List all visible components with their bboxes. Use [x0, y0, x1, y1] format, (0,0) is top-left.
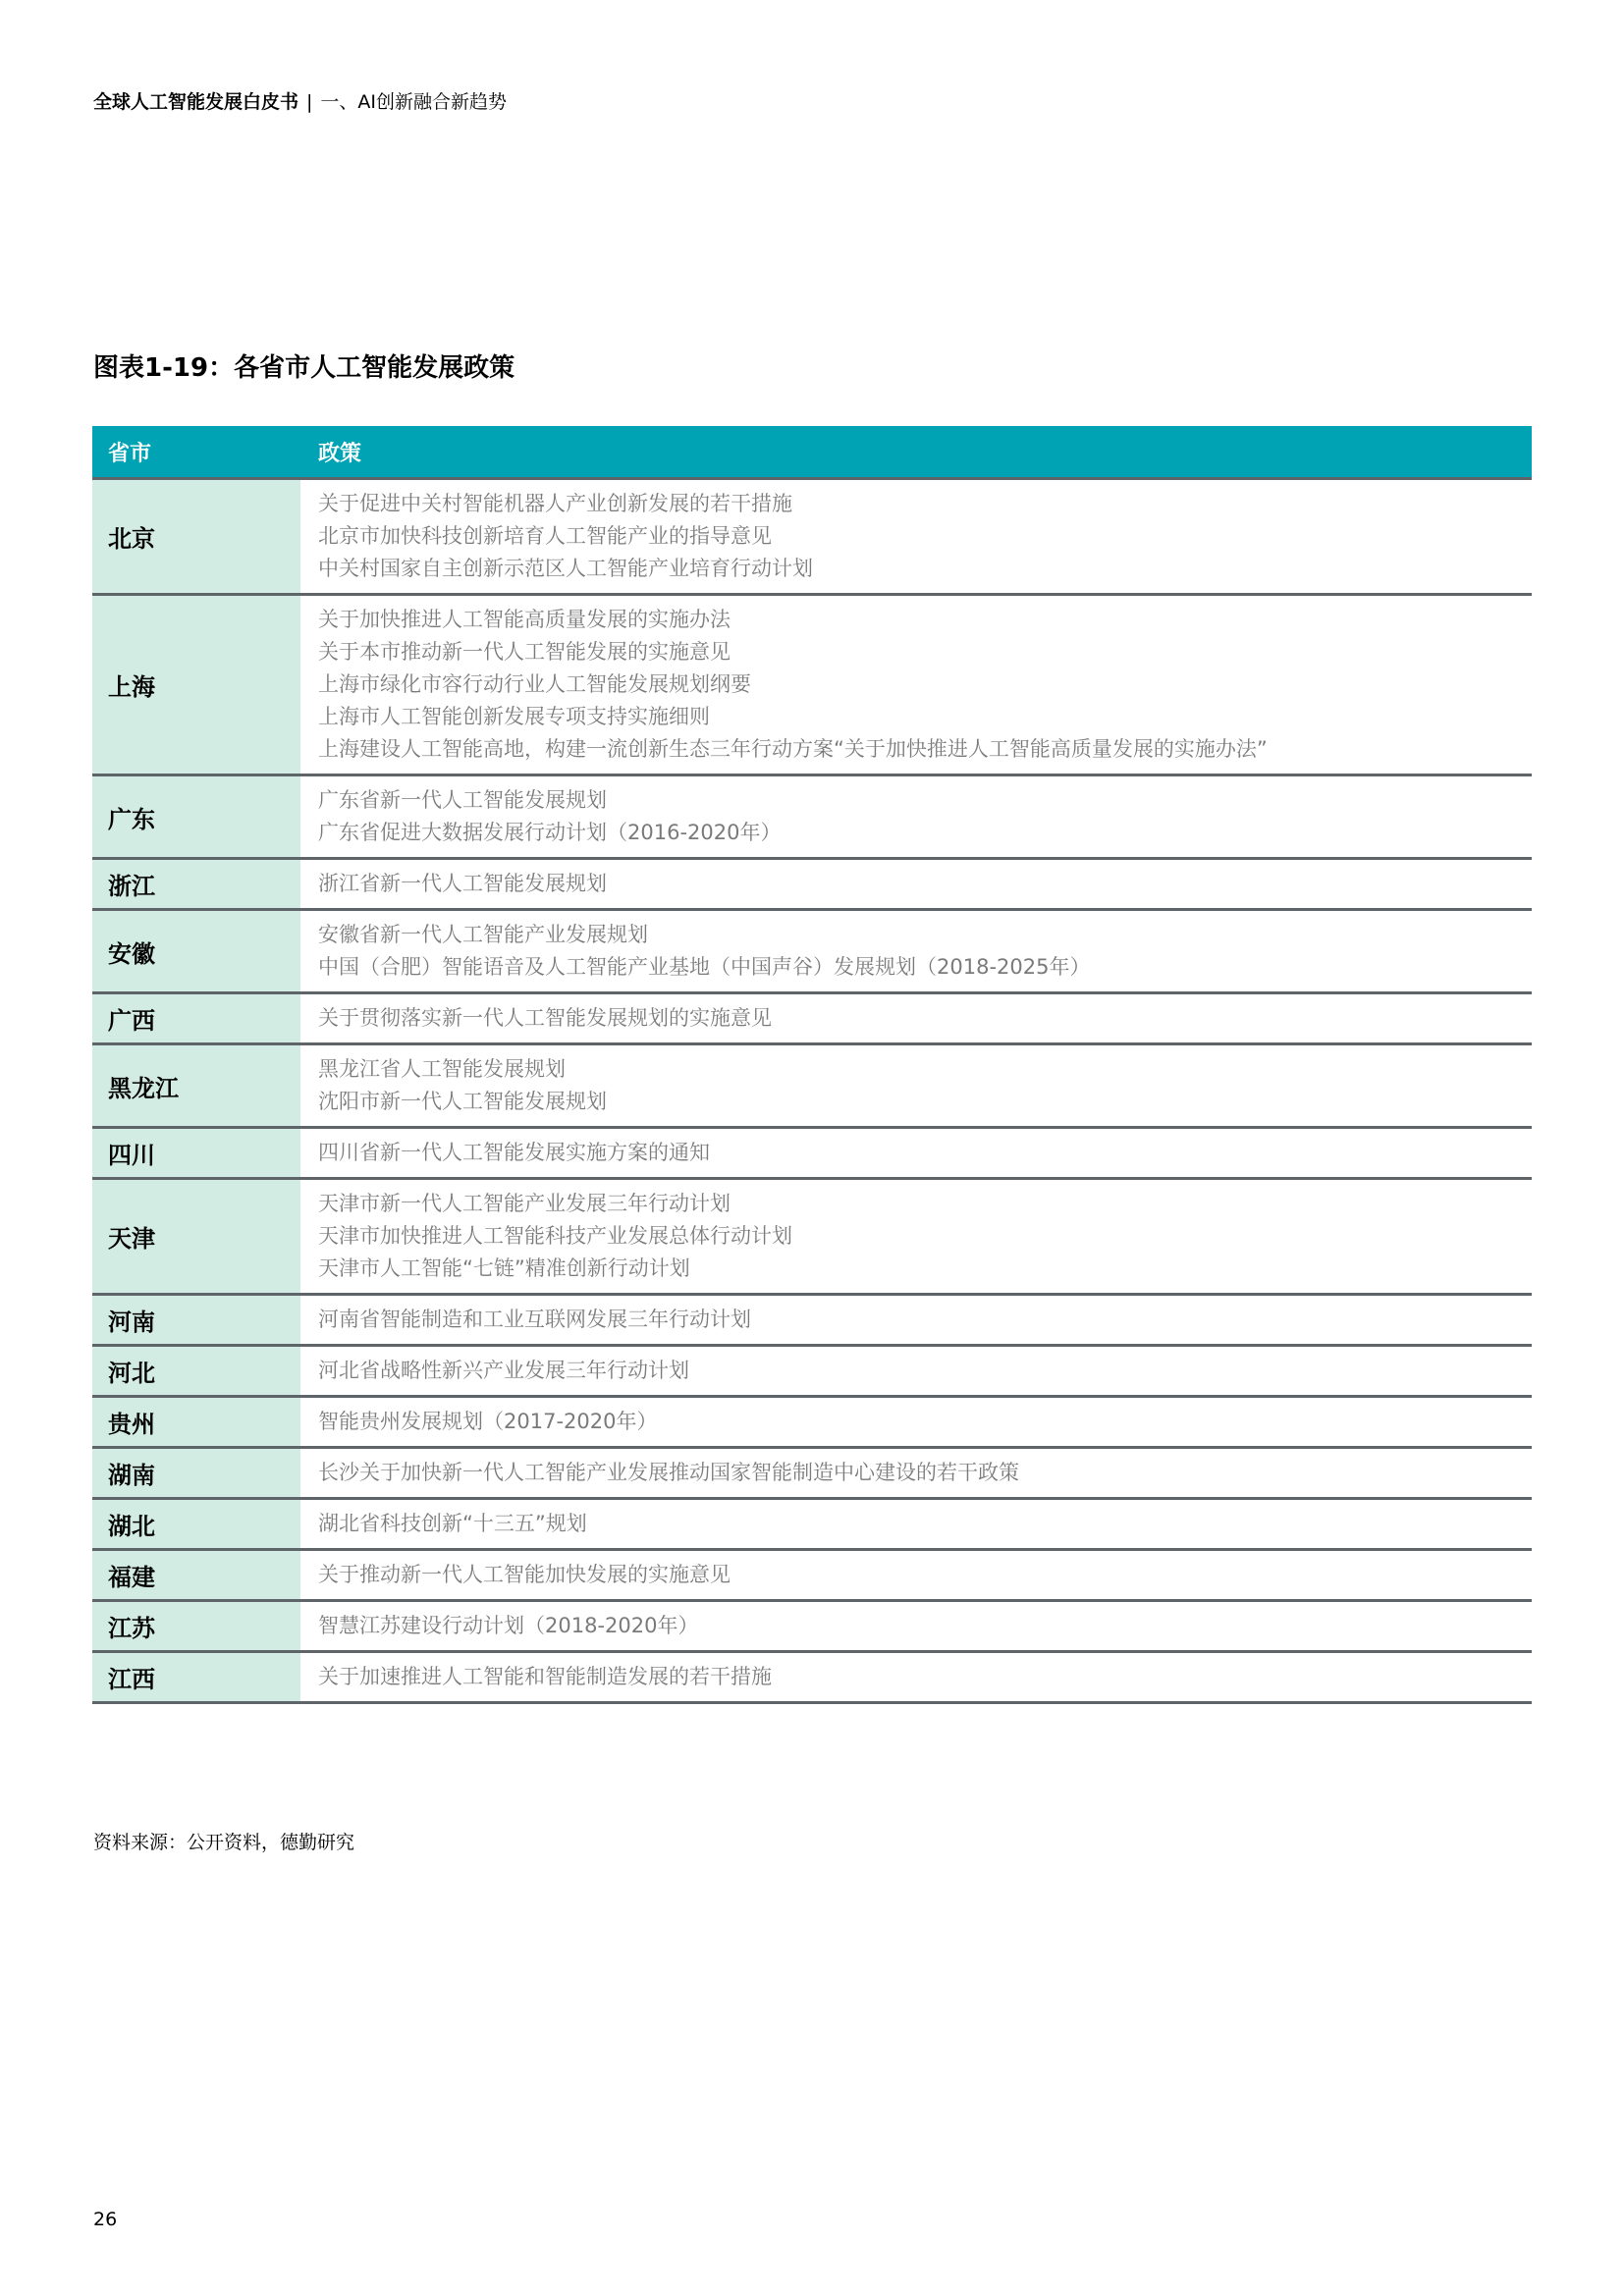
policy-item: 关于本市推动新一代人工智能发展的实施意见 — [318, 636, 1532, 668]
policy-item: 关于贯彻落实新一代人工智能发展规划的实施意见 — [318, 1002, 1532, 1035]
province-cell: 贵州 — [92, 1398, 300, 1446]
policy-item: 中关村国家自主创新示范区人工智能产业培育行动计划 — [318, 553, 1532, 585]
policy-item: 上海建设人工智能高地，构建一流创新生态三年行动方案“关于加快推进人工智能高质量发… — [318, 733, 1532, 766]
policy-item: 河南省智能制造和工业互联网发展三年行动计划 — [318, 1304, 1532, 1336]
policy-item: 天津市新一代人工智能产业发展三年行动计划 — [318, 1188, 1532, 1220]
policies-cell: 关于促进中关村智能机器人产业创新发展的若干措施北京市加快科技创新培育人工智能产业… — [300, 480, 1532, 593]
province-cell: 广东 — [92, 776, 300, 857]
header-separator: | — [306, 91, 312, 113]
province-cell: 湖南 — [92, 1449, 300, 1497]
province-cell: 天津 — [92, 1180, 300, 1293]
province-cell: 上海 — [92, 596, 300, 774]
policies-cell: 智慧江苏建设行动计划（2018-2020年） — [300, 1602, 1532, 1650]
policy-item: 广东省新一代人工智能发展规划 — [318, 784, 1532, 817]
policies-cell: 关于加快推进人工智能高质量发展的实施办法关于本市推动新一代人工智能发展的实施意见… — [300, 596, 1532, 774]
policies-cell: 广东省新一代人工智能发展规划广东省促进大数据发展行动计划（2016-2020年） — [300, 776, 1532, 857]
policy-item: 长沙关于加快新一代人工智能产业发展推动国家智能制造中心建设的若干政策 — [318, 1457, 1532, 1489]
policies-cell: 天津市新一代人工智能产业发展三年行动计划天津市加快推进人工智能科技产业发展总体行… — [300, 1180, 1532, 1293]
policy-item: 天津市人工智能“七链”精准创新行动计划 — [318, 1253, 1532, 1285]
province-cell: 河南 — [92, 1296, 300, 1344]
source-note: 资料来源：公开资料，德勤研究 — [93, 1828, 354, 1854]
column-header-province: 省市 — [92, 437, 300, 467]
policy-item: 关于推动新一代人工智能加快发展的实施意见 — [318, 1559, 1532, 1591]
policy-item: 广东省促进大数据发展行动计划（2016-2020年） — [318, 817, 1532, 849]
table-body: 北京关于促进中关村智能机器人产业创新发展的若干措施北京市加快科技创新培育人工智能… — [92, 480, 1532, 1704]
policy-item: 智慧江苏建设行动计划（2018-2020年） — [318, 1610, 1532, 1642]
policies-cell: 长沙关于加快新一代人工智能产业发展推动国家智能制造中心建设的若干政策 — [300, 1449, 1532, 1497]
table-row: 河南河南省智能制造和工业互联网发展三年行动计划 — [92, 1296, 1532, 1347]
column-header-policy: 政策 — [300, 437, 1532, 467]
province-cell: 四川 — [92, 1129, 300, 1177]
policies-cell: 关于推动新一代人工智能加快发展的实施意见 — [300, 1551, 1532, 1599]
policy-item: 关于加速推进人工智能和智能制造发展的若干措施 — [318, 1661, 1532, 1693]
policy-item: 安徽省新一代人工智能产业发展规划 — [318, 919, 1532, 951]
policy-item: 黑龙江省人工智能发展规划 — [318, 1053, 1532, 1086]
policies-cell: 关于加速推进人工智能和智能制造发展的若干措施 — [300, 1653, 1532, 1701]
policies-cell: 河北省战略性新兴产业发展三年行动计划 — [300, 1347, 1532, 1395]
policy-item: 河北省战略性新兴产业发展三年行动计划 — [318, 1355, 1532, 1387]
province-cell: 河北 — [92, 1347, 300, 1395]
table-row: 贵州智能贵州发展规划（2017-2020年） — [92, 1398, 1532, 1449]
page-number: 26 — [93, 2209, 117, 2230]
policies-cell: 浙江省新一代人工智能发展规划 — [300, 860, 1532, 908]
policy-item: 中国（合肥）智能语音及人工智能产业基地（中国声谷）发展规划（2018-2025年… — [318, 951, 1532, 984]
figure-title: 图表1-19：各省市人工智能发展政策 — [93, 351, 514, 385]
table-row: 福建关于推动新一代人工智能加快发展的实施意见 — [92, 1551, 1532, 1602]
policy-item: 四川省新一代人工智能发展实施方案的通知 — [318, 1137, 1532, 1169]
province-cell: 福建 — [92, 1551, 300, 1599]
policies-cell: 黑龙江省人工智能发展规划沈阳市新一代人工智能发展规划 — [300, 1045, 1532, 1126]
table-row: 江西关于加速推进人工智能和智能制造发展的若干措施 — [92, 1653, 1532, 1704]
policy-item: 上海市绿化市容行动行业人工智能发展规划纲要 — [318, 668, 1532, 701]
table-row: 四川四川省新一代人工智能发展实施方案的通知 — [92, 1129, 1532, 1180]
policy-item: 沈阳市新一代人工智能发展规划 — [318, 1086, 1532, 1118]
running-header: 全球人工智能发展白皮书|一、AI创新融合新趋势 — [93, 90, 507, 114]
policy-item: 浙江省新一代人工智能发展规划 — [318, 868, 1532, 900]
table-row: 湖北湖北省科技创新“十三五”规划 — [92, 1500, 1532, 1551]
policies-cell: 安徽省新一代人工智能产业发展规划中国（合肥）智能语音及人工智能产业基地（中国声谷… — [300, 911, 1532, 991]
policies-cell: 河南省智能制造和工业互联网发展三年行动计划 — [300, 1296, 1532, 1344]
policy-item: 湖北省科技创新“十三五”规划 — [318, 1508, 1532, 1540]
table-row: 江苏智慧江苏建设行动计划（2018-2020年） — [92, 1602, 1532, 1653]
policy-table: 省市 政策 北京关于促进中关村智能机器人产业创新发展的若干措施北京市加快科技创新… — [92, 426, 1532, 1704]
table-row: 黑龙江黑龙江省人工智能发展规划沈阳市新一代人工智能发展规划 — [92, 1045, 1532, 1129]
policies-cell: 湖北省科技创新“十三五”规划 — [300, 1500, 1532, 1548]
table-row: 广西关于贯彻落实新一代人工智能发展规划的实施意见 — [92, 994, 1532, 1045]
policies-cell: 智能贵州发展规划（2017-2020年） — [300, 1398, 1532, 1446]
table-row: 河北河北省战略性新兴产业发展三年行动计划 — [92, 1347, 1532, 1398]
section-title: 一、AI创新融合新趋势 — [320, 91, 507, 113]
policy-item: 天津市加快推进人工智能科技产业发展总体行动计划 — [318, 1220, 1532, 1253]
policy-item: 上海市人工智能创新发展专项支持实施细则 — [318, 701, 1532, 733]
table-row: 安徽安徽省新一代人工智能产业发展规划中国（合肥）智能语音及人工智能产业基地（中国… — [92, 911, 1532, 994]
province-cell: 江西 — [92, 1653, 300, 1701]
document-title: 全球人工智能发展白皮书 — [93, 91, 298, 113]
province-cell: 黑龙江 — [92, 1045, 300, 1126]
table-row: 北京关于促进中关村智能机器人产业创新发展的若干措施北京市加快科技创新培育人工智能… — [92, 480, 1532, 596]
province-cell: 广西 — [92, 994, 300, 1042]
province-cell: 北京 — [92, 480, 300, 593]
table-row: 浙江浙江省新一代人工智能发展规划 — [92, 860, 1532, 911]
province-cell: 湖北 — [92, 1500, 300, 1548]
table-row: 广东广东省新一代人工智能发展规划广东省促进大数据发展行动计划（2016-2020… — [92, 776, 1532, 860]
province-cell: 江苏 — [92, 1602, 300, 1650]
policy-item: 智能贵州发展规划（2017-2020年） — [318, 1406, 1532, 1438]
table-row: 天津天津市新一代人工智能产业发展三年行动计划天津市加快推进人工智能科技产业发展总… — [92, 1180, 1532, 1296]
policy-item: 关于促进中关村智能机器人产业创新发展的若干措施 — [318, 488, 1532, 520]
table-row: 上海关于加快推进人工智能高质量发展的实施办法关于本市推动新一代人工智能发展的实施… — [92, 596, 1532, 776]
table-row: 湖南长沙关于加快新一代人工智能产业发展推动国家智能制造中心建设的若干政策 — [92, 1449, 1532, 1500]
policy-item: 关于加快推进人工智能高质量发展的实施办法 — [318, 604, 1532, 636]
province-cell: 安徽 — [92, 911, 300, 991]
table-header: 省市 政策 — [92, 426, 1532, 480]
policies-cell: 四川省新一代人工智能发展实施方案的通知 — [300, 1129, 1532, 1177]
policy-item: 北京市加快科技创新培育人工智能产业的指导意见 — [318, 520, 1532, 553]
province-cell: 浙江 — [92, 860, 300, 908]
policies-cell: 关于贯彻落实新一代人工智能发展规划的实施意见 — [300, 994, 1532, 1042]
